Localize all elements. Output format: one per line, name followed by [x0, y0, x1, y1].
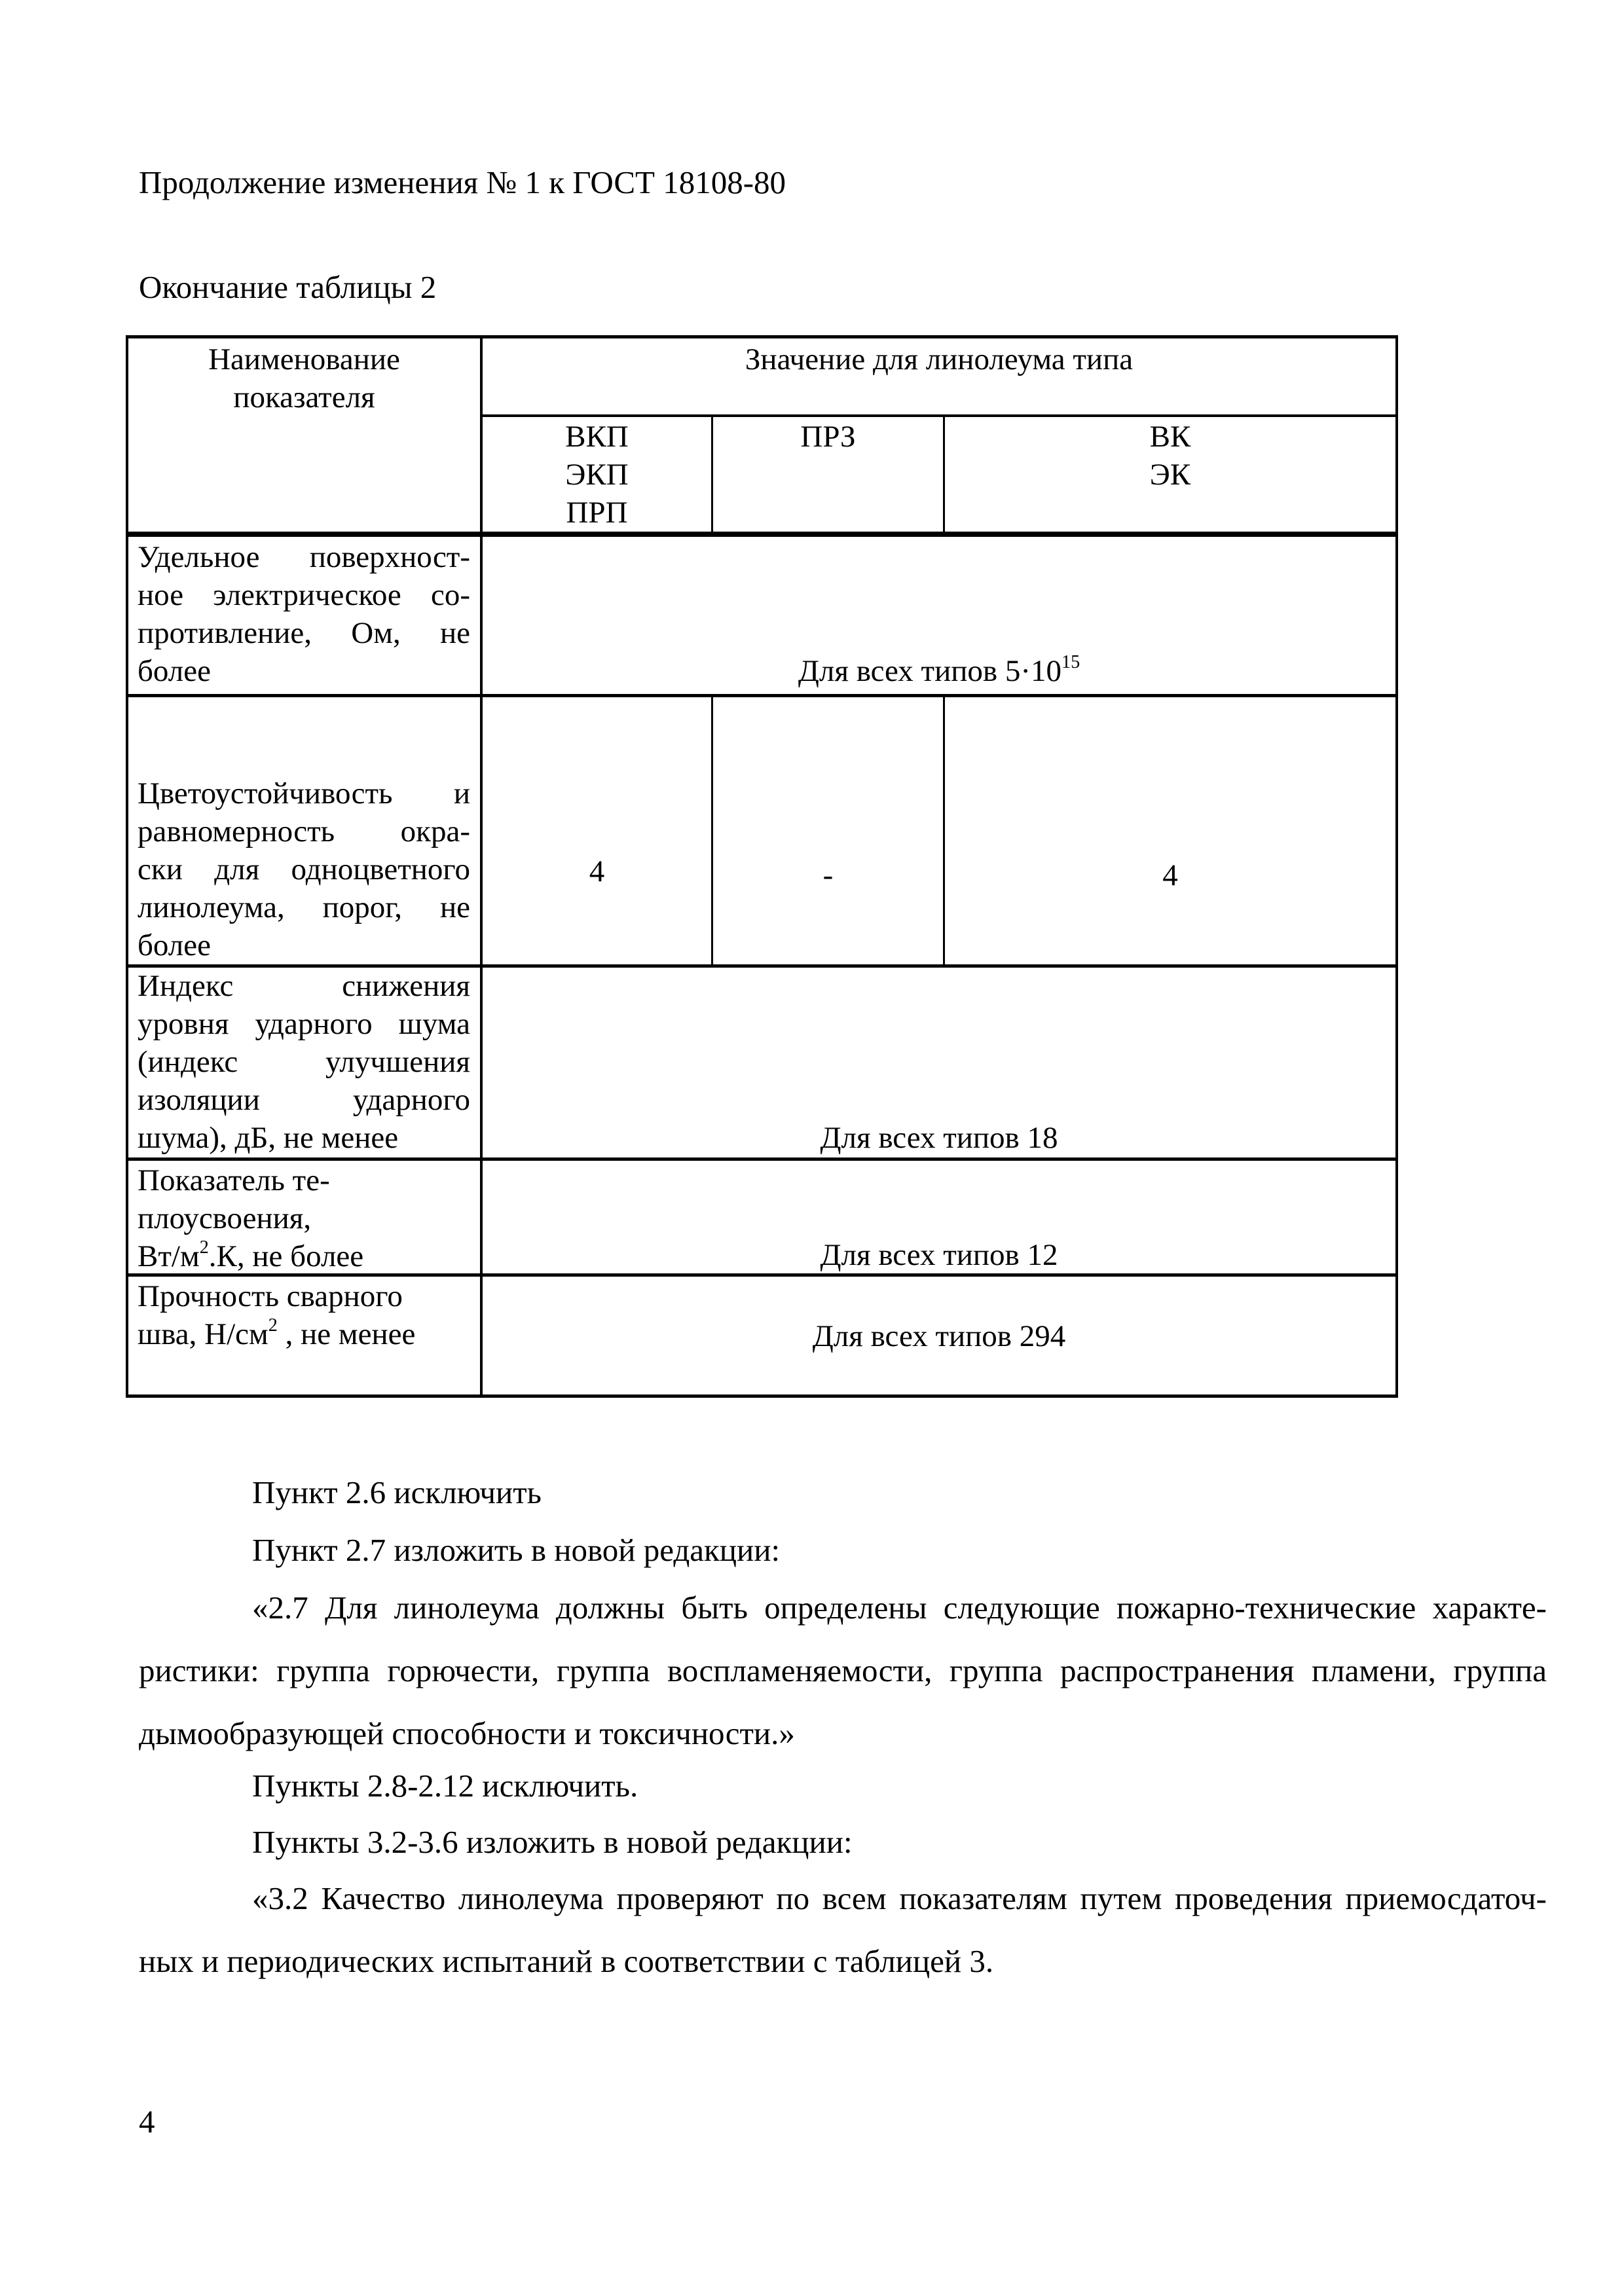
value-surface-resistance: Для всех типов 5·1015 — [483, 652, 1395, 690]
table-header-divider — [481, 414, 1398, 417]
indicator-color-fastness: Цветоустойчивость и равномерность окра- … — [138, 774, 470, 964]
type-column-divider — [943, 695, 945, 966]
header-indicator-line: показателя — [128, 378, 480, 416]
paragraph-2-6: Пункт 2.6 исключить — [252, 1461, 542, 1524]
value-impact-noise: Для всех типов 18 — [483, 1119, 1395, 1157]
paragraph-line: ных и периодических испытаний в соответс… — [139, 1930, 1547, 1993]
value-color-fastness-vkp: 4 — [483, 852, 711, 890]
paragraph-line: ристики: группа горючести, группа воспла… — [139, 1639, 1547, 1702]
paragraph-3-2-3-6-intro: Пункты 3.2-3.6 изложить в новой редакции… — [252, 1811, 853, 1874]
indicator-unit-suffix: , не менее — [278, 1317, 416, 1351]
indicator-line: Показатель те- — [138, 1161, 470, 1199]
header-type-vk: ВК ЭК — [945, 418, 1395, 494]
type-label: ЭК — [945, 456, 1395, 494]
indicator-line: Вт/м2.К, не более — [138, 1237, 470, 1275]
value-weld-strength: Для всех типов 294 — [483, 1317, 1395, 1355]
indicator-line: равномерность окра- — [138, 812, 470, 850]
indicator-line: Цветоустойчивость и — [138, 774, 470, 812]
type-label: ВКП — [483, 418, 711, 456]
indicator-unit: Вт/м — [138, 1239, 200, 1273]
header-type-vkp: ВКП ЭКП ПРП — [483, 418, 711, 532]
type-label: ВК — [945, 418, 1395, 456]
indicator-line: ски для одноцветного — [138, 850, 470, 888]
paragraph-2-8-2-12: Пункты 2.8-2.12 исключить. — [252, 1755, 638, 1817]
type-column-divider — [711, 695, 713, 966]
indicator-unit: шва, Н/см — [138, 1317, 268, 1351]
indicator-line: шва, Н/см2 , не менее — [138, 1315, 470, 1353]
unit-exponent: 2 — [200, 1237, 209, 1258]
page-header: Продолжение изменения № 1 к ГОСТ 18108-8… — [139, 164, 786, 201]
table-header-bottom — [126, 532, 1398, 537]
paragraph-line: «2.7 Для линолеума должны быть определен… — [139, 1576, 1547, 1639]
table-caption: Окончание таблицы 2 — [139, 268, 436, 306]
indicator-unit-suffix: .К, не более — [209, 1239, 363, 1273]
indicator-line: шума), дБ, не менее — [138, 1119, 470, 1157]
header-indicator-name: Наименование показателя — [128, 340, 480, 416]
row-divider — [126, 694, 1398, 697]
indicator-line: линолеума, порог, не — [138, 888, 470, 926]
indicator-line: противление, Ом, не — [138, 614, 470, 652]
indicator-line: более — [138, 652, 470, 690]
indicator-line: (индекс улучшения — [138, 1043, 470, 1081]
indicator-line: уровня ударного шума — [138, 1005, 470, 1043]
indicator-surface-resistance: Удельное поверхност- ное электрическое с… — [138, 538, 470, 690]
paragraph-3-2-text: «3.2 Качество линолеума проверяют по все… — [139, 1867, 1547, 1993]
indicator-line: изоляции ударного — [138, 1081, 470, 1119]
value-color-fastness-vk: 4 — [945, 856, 1395, 894]
indicator-impact-noise: Индекс снижения уровня ударного шума (ин… — [138, 967, 470, 1157]
value-heat-absorption: Для всех типов 12 — [483, 1236, 1395, 1274]
type-label: ЭКП — [483, 456, 711, 494]
row-divider — [126, 1157, 1398, 1161]
indicator-line: Индекс снижения — [138, 967, 470, 1005]
indicator-weld-strength: Прочность сварного шва, Н/см2 , не менее — [138, 1277, 470, 1353]
type-label: ПРЗ — [713, 418, 943, 456]
indicator-line: Прочность сварного — [138, 1277, 470, 1315]
paragraph-line: «3.2 Качество линолеума проверяют по все… — [139, 1867, 1547, 1930]
indicator-line: ное электрическое со- — [138, 576, 470, 614]
header-type-prz: ПРЗ — [713, 418, 943, 456]
header-indicator-line: Наименование — [128, 340, 480, 378]
page-number: 4 — [139, 2103, 155, 2140]
paragraph-2-7-intro: Пункт 2.7 изложить в новой редакции: — [252, 1519, 780, 1582]
table-border-right — [1395, 335, 1398, 1398]
table-border-left — [126, 335, 128, 1398]
header-value-group: Значение для линолеума типа — [483, 340, 1395, 378]
type-label: ПРП — [483, 494, 711, 532]
unit-exponent: 2 — [268, 1315, 278, 1336]
paragraph-2-7-text: «2.7 Для линолеума должны быть определен… — [139, 1576, 1547, 1765]
value-exponent: 15 — [1061, 652, 1080, 672]
indicator-line: Удельное поверхност- — [138, 538, 470, 576]
value-color-fastness-prz: - — [713, 856, 943, 894]
indicator-line: плоусвоения, — [138, 1199, 470, 1237]
indicator-heat-absorption: Показатель те- плоусвоения, Вт/м2.К, не … — [138, 1161, 470, 1275]
indicator-line: более — [138, 926, 470, 964]
value-text: Для всех типов 5·10 — [798, 654, 1061, 688]
table-border-bottom — [126, 1394, 1398, 1398]
table-border-top — [126, 335, 1398, 338]
